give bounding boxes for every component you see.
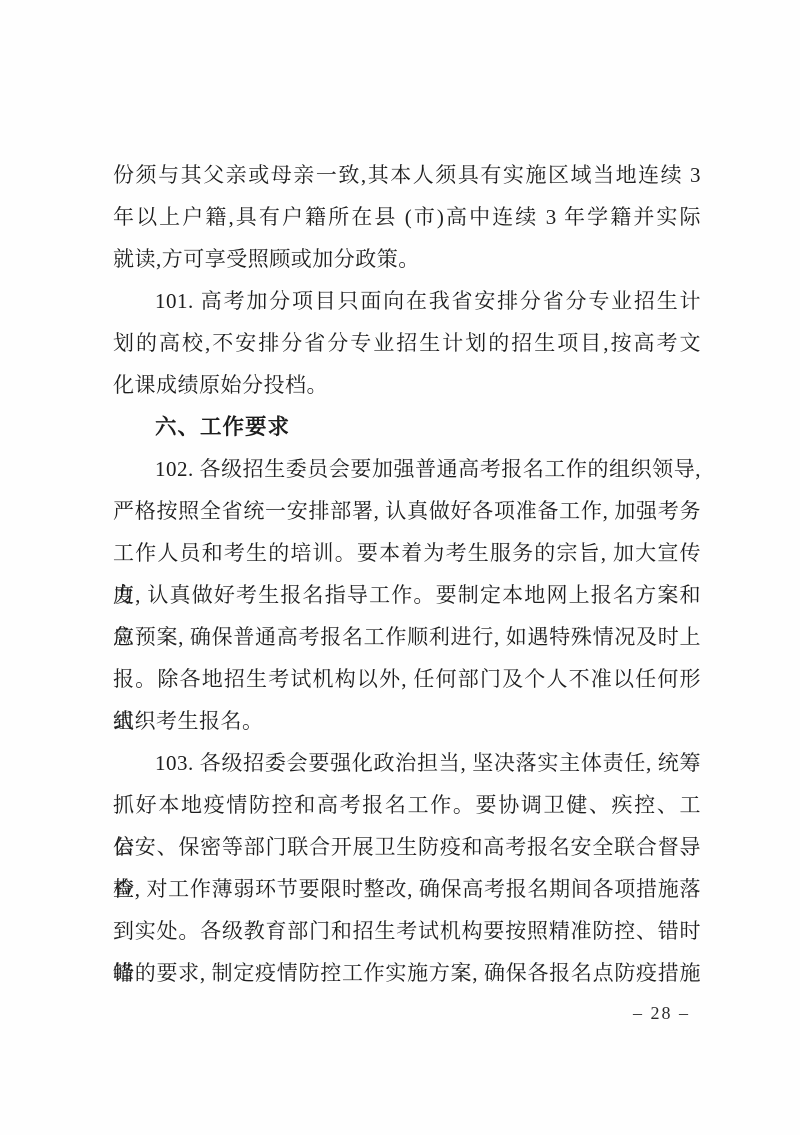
text-line: 化课成绩原始分投档。 <box>113 364 701 406</box>
document-page: 份须与其父亲或母亲一致,其本人须具有实施区域当地连续 3 年以上户籍,具有户籍所… <box>0 0 800 1135</box>
text-line: 查, 对工作薄弱环节要限时整改, 确保高考报名期间各项措施落 <box>113 868 701 910</box>
text-line: 101. 高考加分项目只面向在我省安排分省分专业招生计 <box>113 280 701 322</box>
text-line: 102. 各级招生委员会要加强普通高考报名工作的组织领导, <box>113 448 701 490</box>
text-line: 组织考生报名。 <box>113 700 701 742</box>
text-line: 103. 各级招委会要强化政治担当, 坚决落实主体责任, 统筹 <box>113 742 701 784</box>
paragraph-item-103: 103. 各级招委会要强化政治担当, 坚决落实主体责任, 统筹 抓好本地疫情防控… <box>113 742 701 994</box>
paragraph-item-102: 102. 各级招生委员会要加强普通高考报名工作的组织领导, 严格按照全省统一安排… <box>113 448 701 742</box>
paragraph-item-101: 101. 高考加分项目只面向在我省安排分省分专业招生计 划的高校,不安排分省分专… <box>113 280 701 406</box>
text-line: 抓好本地疫情防控和高考报名工作。要协调卫健、疾控、工信、 <box>113 784 701 826</box>
paragraph-continuation: 份须与其父亲或母亲一致,其本人须具有实施区域当地连续 3 年以上户籍,具有户籍所… <box>113 154 701 280</box>
text-line: 划的高校,不安排分省分专业招生计划的招生项目,按高考文 <box>113 322 701 364</box>
text-line: 度, 认真做好考生报名指导工作。要制定本地网上报名方案和应 <box>113 574 701 616</box>
page-number: – 28 – <box>633 1000 690 1026</box>
text-line: 公安、保密等部门联合开展卫生防疫和高考报名安全联合督导检 <box>113 826 701 868</box>
section-heading-work-requirements: 六、工作要求 <box>113 406 701 448</box>
text-line: 报。除各地招生考试机构以外, 任何部门及个人不准以任何形式 <box>113 658 701 700</box>
text-line: 工作人员和考生的培训。要本着为考生服务的宗旨, 加大宣传力 <box>113 532 701 574</box>
text-line: 年以上户籍,具有户籍所在县 (市)高中连续 3 年学籍并实际 <box>113 196 701 238</box>
text-line: 份须与其父亲或母亲一致,其本人须具有实施区域当地连续 3 <box>113 154 701 196</box>
document-body: 份须与其父亲或母亲一致,其本人须具有实施区域当地连续 3 年以上户籍,具有户籍所… <box>113 154 701 994</box>
text-line: 严格按照全省统一安排部署, 认真做好各项准备工作, 加强考务 <box>113 490 701 532</box>
text-line: 急预案, 确保普通高考报名工作顺利进行, 如遇特殊情况及时上 <box>113 616 701 658</box>
text-line: 峰的要求, 制定疫情防控工作实施方案, 确保各报名点防疫措施 <box>113 952 701 994</box>
text-line: 到实处。各级教育部门和招生考试机构要按照精准防控、错时错 <box>113 910 701 952</box>
text-line: 就读,方可享受照顾或加分政策。 <box>113 238 701 280</box>
